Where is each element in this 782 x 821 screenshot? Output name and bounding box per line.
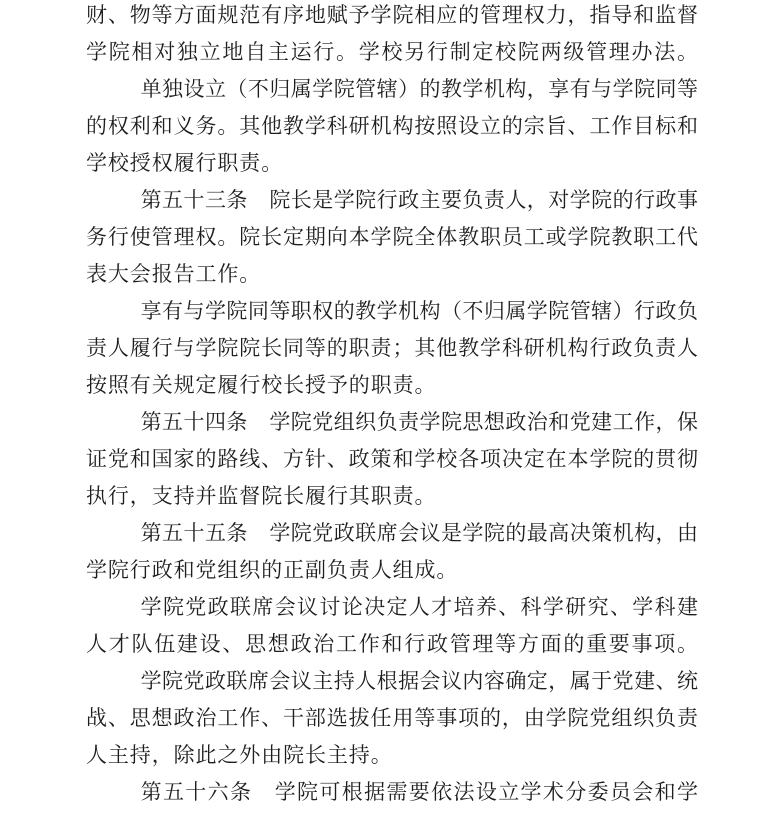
text-line: 的权利和义务。其他教学科研机构按照设立的宗旨、工作目标和 — [86, 108, 698, 145]
text-line: 财、物等方面规范有序地赋予学院相应的管理权力，指导和监督 — [86, 0, 698, 34]
text-line: 学院相对独立地自主运行。学校另行制定校院两级管理办法。 — [86, 34, 698, 71]
text-line: 责人履行与学院院长同等的职责；其他教学科研机构行政负责人 — [86, 330, 698, 367]
text-line: 学院行政和党组织的正副负责人组成。 — [86, 552, 698, 589]
text-line: 第五十三条 院长是学院行政主要负责人，对学院的行政事 — [86, 182, 698, 219]
text-line: 学院党政联席会议主持人根据会议内容确定，属于党建、统 — [86, 663, 698, 700]
text-line: 享有与学院同等职权的教学机构（不归属学院管辖）行政负 — [86, 293, 698, 330]
text-line: 第五十六条 学院可根据需要依法设立学术分委员会和学 — [86, 774, 698, 811]
text-line: 人才队伍建设、思想政治工作和行政管理等方面的重要事项。 — [86, 626, 698, 663]
document-page: 财、物等方面规范有序地赋予学院相应的管理权力，指导和监督学院相对独立地自主运行。… — [0, 0, 782, 818]
text-line: 第五十五条 学院党政联席会议是学院的最高决策机构，由 — [86, 515, 698, 552]
text-line: 学校授权履行职责。 — [86, 145, 698, 182]
text-line: 按照有关规定履行校长授予的职责。 — [86, 367, 698, 404]
text-line: 人主持，除此之外由院长主持。 — [86, 737, 698, 774]
text-line: 证党和国家的路线、方针、政策和学校各项决定在本学院的贯彻 — [86, 441, 698, 478]
text-line: 战、思想政治工作、干部选拔任用等事项的，由学院党组织负责 — [86, 700, 698, 737]
text-line: 第五十四条 学院党组织负责学院思想政治和党建工作，保 — [86, 404, 698, 441]
text-line: 单独设立（不归属学院管辖）的教学机构，享有与学院同等 — [86, 71, 698, 108]
document-body: 财、物等方面规范有序地赋予学院相应的管理权力，指导和监督学院相对独立地自主运行。… — [86, 0, 698, 811]
text-line: 执行，支持并监督院长履行其职责。 — [86, 478, 698, 515]
text-line: 学院党政联席会议讨论决定人才培养、科学研究、学科建设、 — [86, 589, 698, 626]
text-line: 表大会报告工作。 — [86, 256, 698, 293]
text-line: 务行使管理权。院长定期向本学院全体教职员工或学院教职工代 — [86, 219, 698, 256]
